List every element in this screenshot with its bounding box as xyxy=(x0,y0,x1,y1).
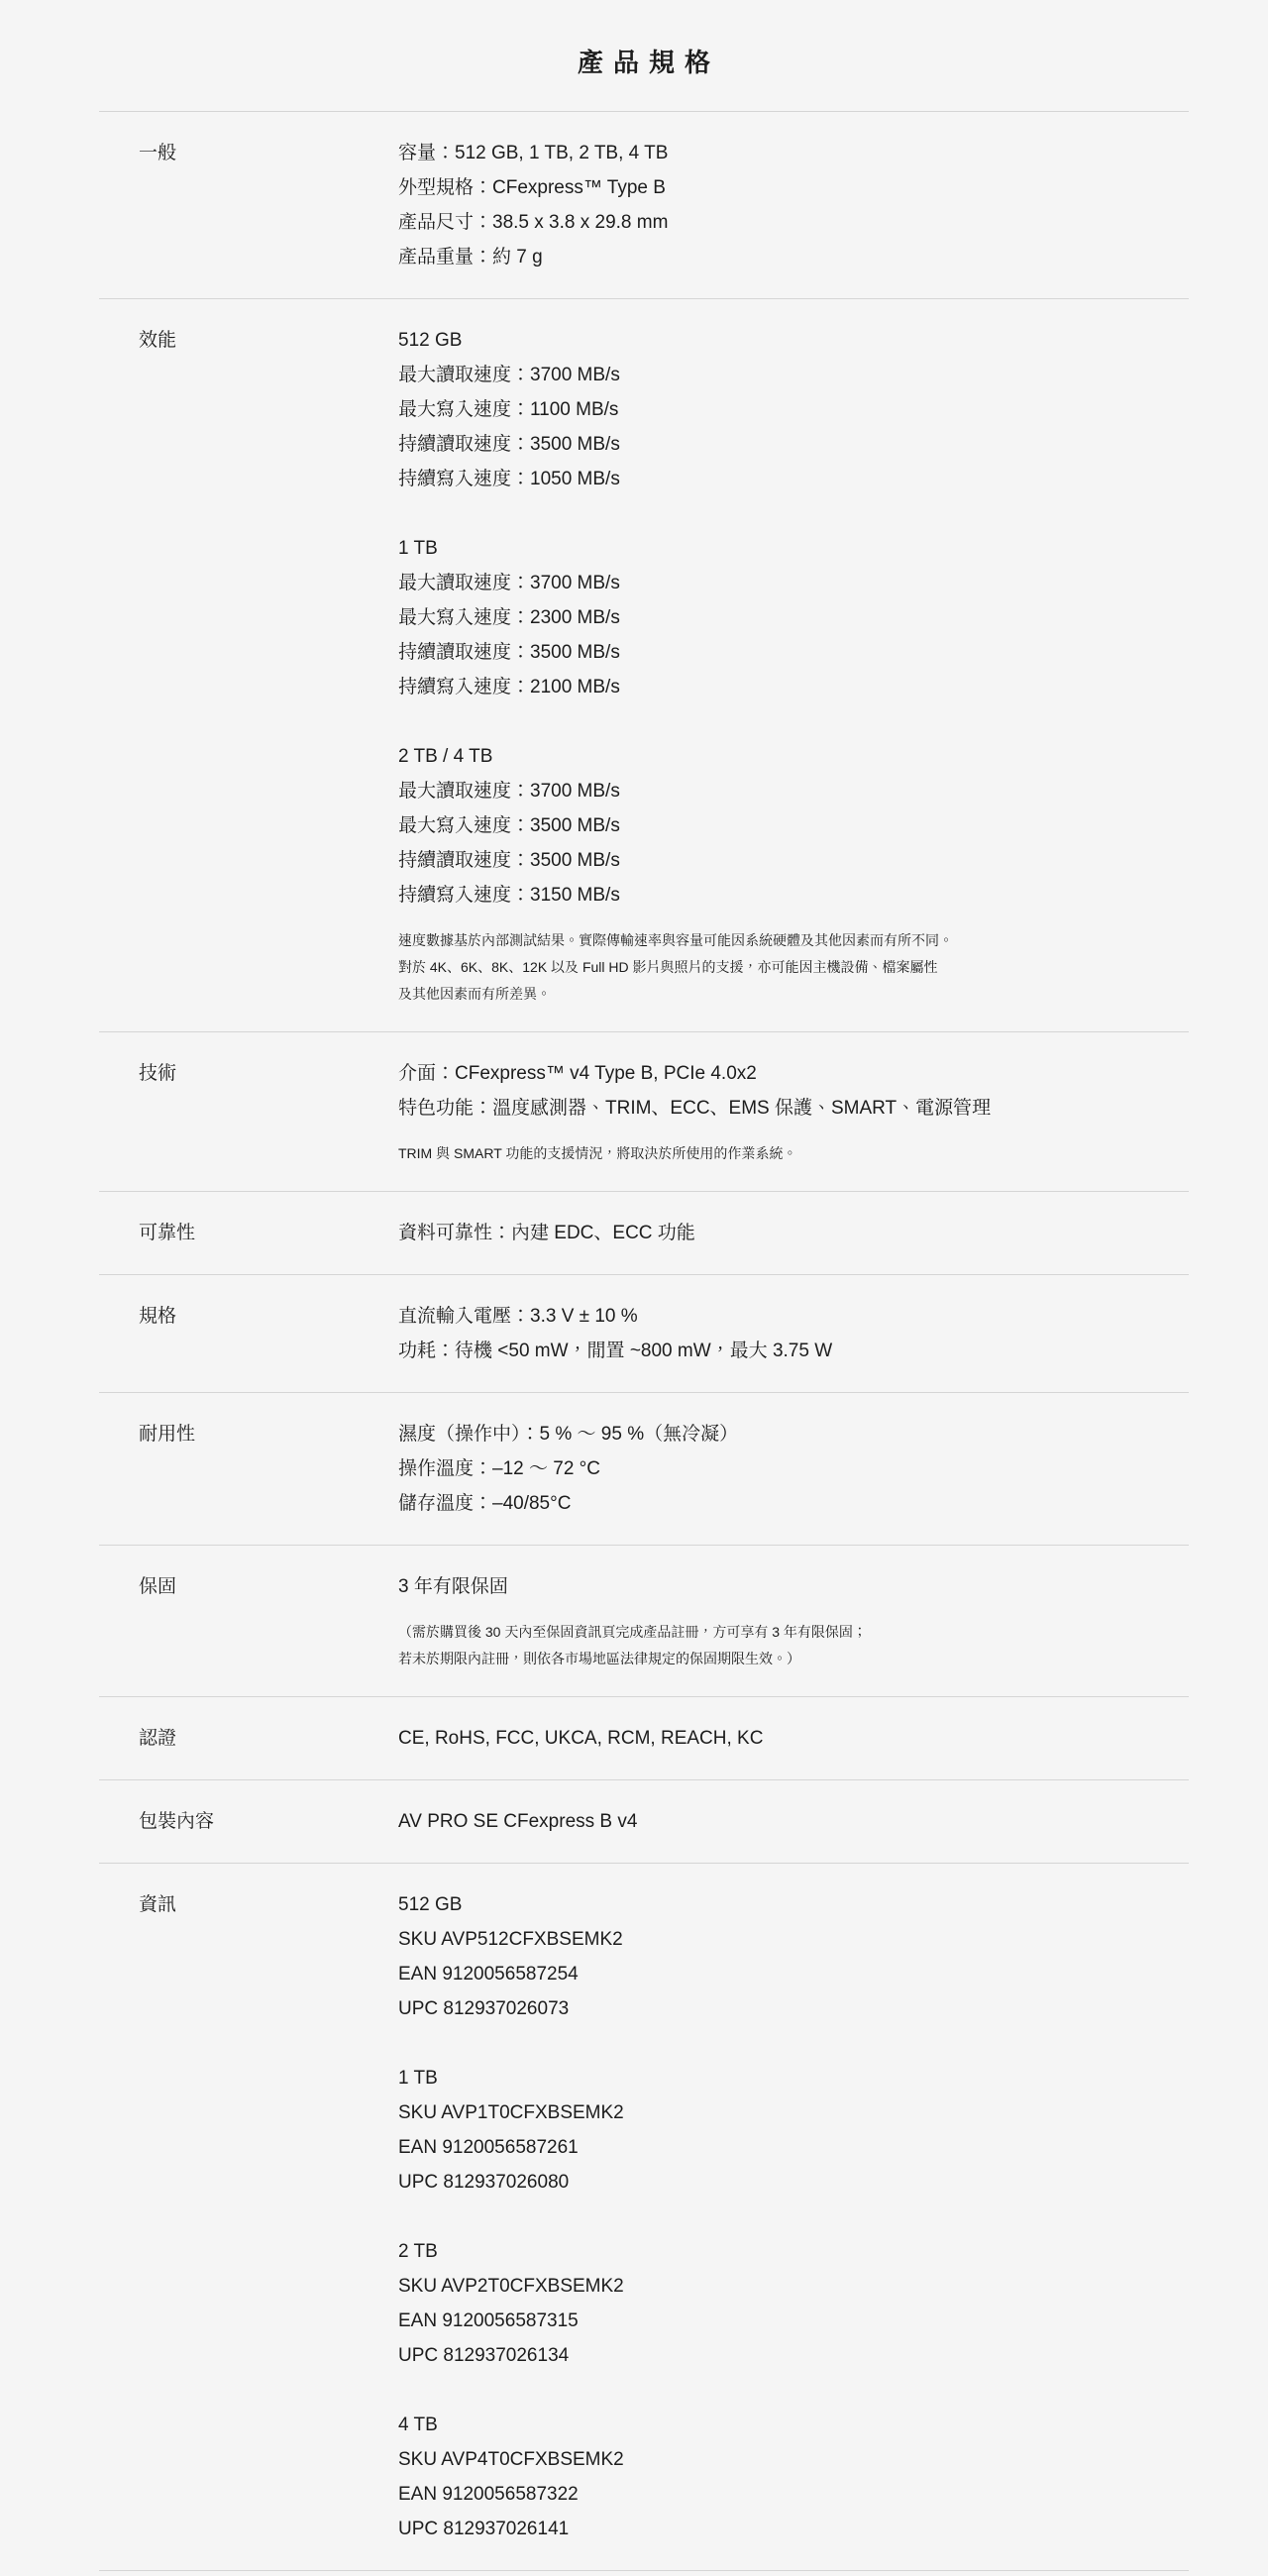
spec-line: 最大寫入速度：2300 MB/s xyxy=(398,600,1189,635)
spec-row-label: 一般 xyxy=(99,136,398,170)
spec-container: 產品規格 一般容量：512 GB, 1 TB, 2 TB, 4 TB外型規格：C… xyxy=(99,0,1189,2571)
spec-line: EAN 9120056587261 xyxy=(398,2130,1189,2165)
spec-line: 介面：CFexpress™ v4 Type B, PCIe 4.0x2 xyxy=(398,1056,1189,1091)
footnote-line: 速度數據基於內部測試結果。實際傳輸速率與容量可能因系統硬體及其他因素而有所不同。 xyxy=(398,927,1189,954)
spec-footnotes: TRIM 與 SMART 功能的支援情況，將取決於所使用的作業系統。 xyxy=(398,1140,1189,1167)
spec-line: 最大讀取速度：3700 MB/s xyxy=(398,358,1189,392)
spec-row-label: 技術 xyxy=(99,1056,398,1091)
spec-block: 512 GB最大讀取速度：3700 MB/s最大寫入速度：1100 MB/s持續… xyxy=(398,323,1189,496)
spec-line: 持續寫入速度：3150 MB/s xyxy=(398,878,1189,912)
spec-line: 容量：512 GB, 1 TB, 2 TB, 4 TB xyxy=(398,136,1189,170)
spec-row-content: 容量：512 GB, 1 TB, 2 TB, 4 TB外型規格：CFexpres… xyxy=(398,136,1189,274)
spec-block: 介面：CFexpress™ v4 Type B, PCIe 4.0x2特色功能：… xyxy=(398,1056,1189,1126)
spec-row-content: 512 GB最大讀取速度：3700 MB/s最大寫入速度：1100 MB/s持續… xyxy=(398,323,1189,1008)
spec-line: SKU AVP512CFXBSEMK2 xyxy=(398,1922,1189,1957)
spec-line: UPC 812937026080 xyxy=(398,2165,1189,2200)
spec-row-label: 認證 xyxy=(99,1721,398,1756)
spec-line: 功耗：待機 <50 mW，閒置 ~800 mW，最大 3.75 W xyxy=(398,1334,1189,1368)
spec-row-content: CE, RoHS, FCC, UKCA, RCM, REACH, KC xyxy=(398,1721,1189,1756)
spec-block: 直流輸入電壓：3.3 V ± 10 %功耗：待機 <50 mW，閒置 ~800 … xyxy=(398,1299,1189,1368)
spec-line: 512 GB xyxy=(398,1887,1189,1922)
spec-line: 持續寫入速度：2100 MB/s xyxy=(398,670,1189,704)
spec-line: 持續讀取速度：3500 MB/s xyxy=(398,635,1189,670)
spec-line: UPC 812937026141 xyxy=(398,2512,1189,2546)
spec-row: 一般容量：512 GB, 1 TB, 2 TB, 4 TB外型規格：CFexpr… xyxy=(99,112,1189,299)
spec-footnotes: （需於購買後 30 天內至保固資訊頁完成產品註冊，方可享有 3 年有限保固；若未… xyxy=(398,1619,1189,1672)
page-title: 產品規格 xyxy=(99,42,1189,83)
spec-line: 1 TB xyxy=(398,531,1189,566)
spec-line: 2 TB / 4 TB xyxy=(398,739,1189,774)
footnote-line: 對於 4K、6K、8K、12K 以及 Full HD 影片與照片的支援，亦可能因… xyxy=(398,954,1189,981)
spec-block: 1 TB最大讀取速度：3700 MB/s最大寫入速度：2300 MB/s持續讀取… xyxy=(398,531,1189,704)
spec-row-content: 介面：CFexpress™ v4 Type B, PCIe 4.0x2特色功能：… xyxy=(398,1056,1189,1167)
spec-line: 2 TB xyxy=(398,2234,1189,2269)
spec-line: UPC 812937026073 xyxy=(398,1991,1189,2026)
spec-line: 最大讀取速度：3700 MB/s xyxy=(398,774,1189,808)
spec-row-label: 可靠性 xyxy=(99,1216,398,1250)
spec-block: 3 年有限保固 xyxy=(398,1569,1189,1604)
spec-line: 資料可靠性：內建 EDC、ECC 功能 xyxy=(398,1216,1189,1250)
spec-line: 操作溫度：–12 ～ 72 °C xyxy=(398,1451,1189,1486)
footnote-line: （需於購買後 30 天內至保固資訊頁完成產品註冊，方可享有 3 年有限保固； xyxy=(398,1619,1189,1646)
spec-block: 濕度（操作中）：5 % ～ 95 %（無冷凝）操作溫度：–12 ～ 72 °C儲… xyxy=(398,1417,1189,1521)
spec-line: UPC 812937026134 xyxy=(398,2338,1189,2373)
footnote-line: 若未於期限內註冊，則依各市場地區法律規定的保固期限生效。） xyxy=(398,1646,1189,1672)
spec-block: CE, RoHS, FCC, UKCA, RCM, REACH, KC xyxy=(398,1721,1189,1756)
spec-row-label: 資訊 xyxy=(99,1887,398,1922)
spec-table: 一般容量：512 GB, 1 TB, 2 TB, 4 TB外型規格：CFexpr… xyxy=(99,112,1189,2571)
spec-line: 1 TB xyxy=(398,2061,1189,2095)
spec-line: 最大讀取速度：3700 MB/s xyxy=(398,566,1189,600)
spec-block: 容量：512 GB, 1 TB, 2 TB, 4 TB外型規格：CFexpres… xyxy=(398,136,1189,274)
spec-line: AV PRO SE CFexpress B v4 xyxy=(398,1804,1189,1839)
spec-row: 技術介面：CFexpress™ v4 Type B, PCIe 4.0x2特色功… xyxy=(99,1032,1189,1192)
spec-row-content: 3 年有限保固（需於購買後 30 天內至保固資訊頁完成產品註冊，方可享有 3 年… xyxy=(398,1569,1189,1672)
spec-line: 儲存溫度：–40/85°C xyxy=(398,1486,1189,1521)
spec-row: 效能512 GB最大讀取速度：3700 MB/s最大寫入速度：1100 MB/s… xyxy=(99,299,1189,1032)
spec-line: 特色功能：溫度感測器、TRIM、ECC、EMS 保護、SMART、電源管理 xyxy=(398,1091,1189,1126)
spec-block: 資料可靠性：內建 EDC、ECC 功能 xyxy=(398,1216,1189,1250)
spec-line: EAN 9120056587322 xyxy=(398,2477,1189,2512)
spec-line: 產品重量：約 7 g xyxy=(398,240,1189,274)
spec-line: 持續讀取速度：3500 MB/s xyxy=(398,843,1189,878)
footnote-line: TRIM 與 SMART 功能的支援情況，將取決於所使用的作業系統。 xyxy=(398,1140,1189,1167)
spec-line: 濕度（操作中）：5 % ～ 95 %（無冷凝） xyxy=(398,1417,1189,1451)
spec-block: 2 TB / 4 TB最大讀取速度：3700 MB/s最大寫入速度：3500 M… xyxy=(398,739,1189,912)
spec-row-content: AV PRO SE CFexpress B v4 xyxy=(398,1804,1189,1839)
spec-row-content: 512 GBSKU AVP512CFXBSEMK2EAN 91200565872… xyxy=(398,1887,1189,2546)
spec-line: 外型規格：CFexpress™ Type B xyxy=(398,170,1189,205)
product-spec-page: { "page_title": "產品規格", "colors": { "bac… xyxy=(0,0,1268,2576)
page-title-section: 產品規格 xyxy=(99,0,1189,112)
spec-block: AV PRO SE CFexpress B v4 xyxy=(398,1804,1189,1839)
spec-line: SKU AVP2T0CFXBSEMK2 xyxy=(398,2269,1189,2304)
spec-line: 直流輸入電壓：3.3 V ± 10 % xyxy=(398,1299,1189,1334)
spec-row: 保固3 年有限保固（需於購買後 30 天內至保固資訊頁完成產品註冊，方可享有 3… xyxy=(99,1546,1189,1697)
spec-line: 4 TB xyxy=(398,2408,1189,2442)
spec-line: 持續讀取速度：3500 MB/s xyxy=(398,427,1189,462)
spec-line: 512 GB xyxy=(398,323,1189,358)
spec-line: 持續寫入速度：1050 MB/s xyxy=(398,462,1189,496)
spec-line: SKU AVP4T0CFXBSEMK2 xyxy=(398,2442,1189,2477)
spec-block: 4 TBSKU AVP4T0CFXBSEMK2EAN 9120056587322… xyxy=(398,2408,1189,2546)
spec-row-label: 效能 xyxy=(99,323,398,358)
spec-block: 1 TBSKU AVP1T0CFXBSEMK2EAN 9120056587261… xyxy=(398,2061,1189,2200)
spec-row: 包裝內容AV PRO SE CFexpress B v4 xyxy=(99,1780,1189,1864)
spec-line: 產品尺寸：38.5 x 3.8 x 29.8 mm xyxy=(398,205,1189,240)
spec-row: 可靠性資料可靠性：內建 EDC、ECC 功能 xyxy=(99,1192,1189,1275)
spec-block: 512 GBSKU AVP512CFXBSEMK2EAN 91200565872… xyxy=(398,1887,1189,2026)
spec-row-label: 保固 xyxy=(99,1569,398,1604)
spec-block: 2 TBSKU AVP2T0CFXBSEMK2EAN 9120056587315… xyxy=(398,2234,1189,2373)
spec-row-label: 規格 xyxy=(99,1299,398,1334)
spec-row-content: 濕度（操作中）：5 % ～ 95 %（無冷凝）操作溫度：–12 ～ 72 °C儲… xyxy=(398,1417,1189,1521)
spec-row: 規格直流輸入電壓：3.3 V ± 10 %功耗：待機 <50 mW，閒置 ~80… xyxy=(99,1275,1189,1393)
spec-row-label: 包裝內容 xyxy=(99,1804,398,1839)
spec-row: 認證CE, RoHS, FCC, UKCA, RCM, REACH, KC xyxy=(99,1697,1189,1780)
spec-line: 最大寫入速度：3500 MB/s xyxy=(398,808,1189,843)
spec-row-content: 資料可靠性：內建 EDC、ECC 功能 xyxy=(398,1216,1189,1250)
spec-line: EAN 9120056587254 xyxy=(398,1957,1189,1991)
spec-row: 資訊512 GBSKU AVP512CFXBSEMK2EAN 912005658… xyxy=(99,1864,1189,2571)
spec-row: 耐用性濕度（操作中）：5 % ～ 95 %（無冷凝）操作溫度：–12 ～ 72 … xyxy=(99,1393,1189,1546)
spec-line: 最大寫入速度：1100 MB/s xyxy=(398,392,1189,427)
spec-line: SKU AVP1T0CFXBSEMK2 xyxy=(398,2095,1189,2130)
spec-line: 3 年有限保固 xyxy=(398,1569,1189,1604)
spec-line: CE, RoHS, FCC, UKCA, RCM, REACH, KC xyxy=(398,1721,1189,1756)
spec-footnotes: 速度數據基於內部測試結果。實際傳輸速率與容量可能因系統硬體及其他因素而有所不同。… xyxy=(398,927,1189,1008)
footnote-line: 及其他因素而有所差異。 xyxy=(398,981,1189,1008)
spec-row-label: 耐用性 xyxy=(99,1417,398,1451)
spec-line: EAN 9120056587315 xyxy=(398,2304,1189,2338)
spec-row-content: 直流輸入電壓：3.3 V ± 10 %功耗：待機 <50 mW，閒置 ~800 … xyxy=(398,1299,1189,1368)
